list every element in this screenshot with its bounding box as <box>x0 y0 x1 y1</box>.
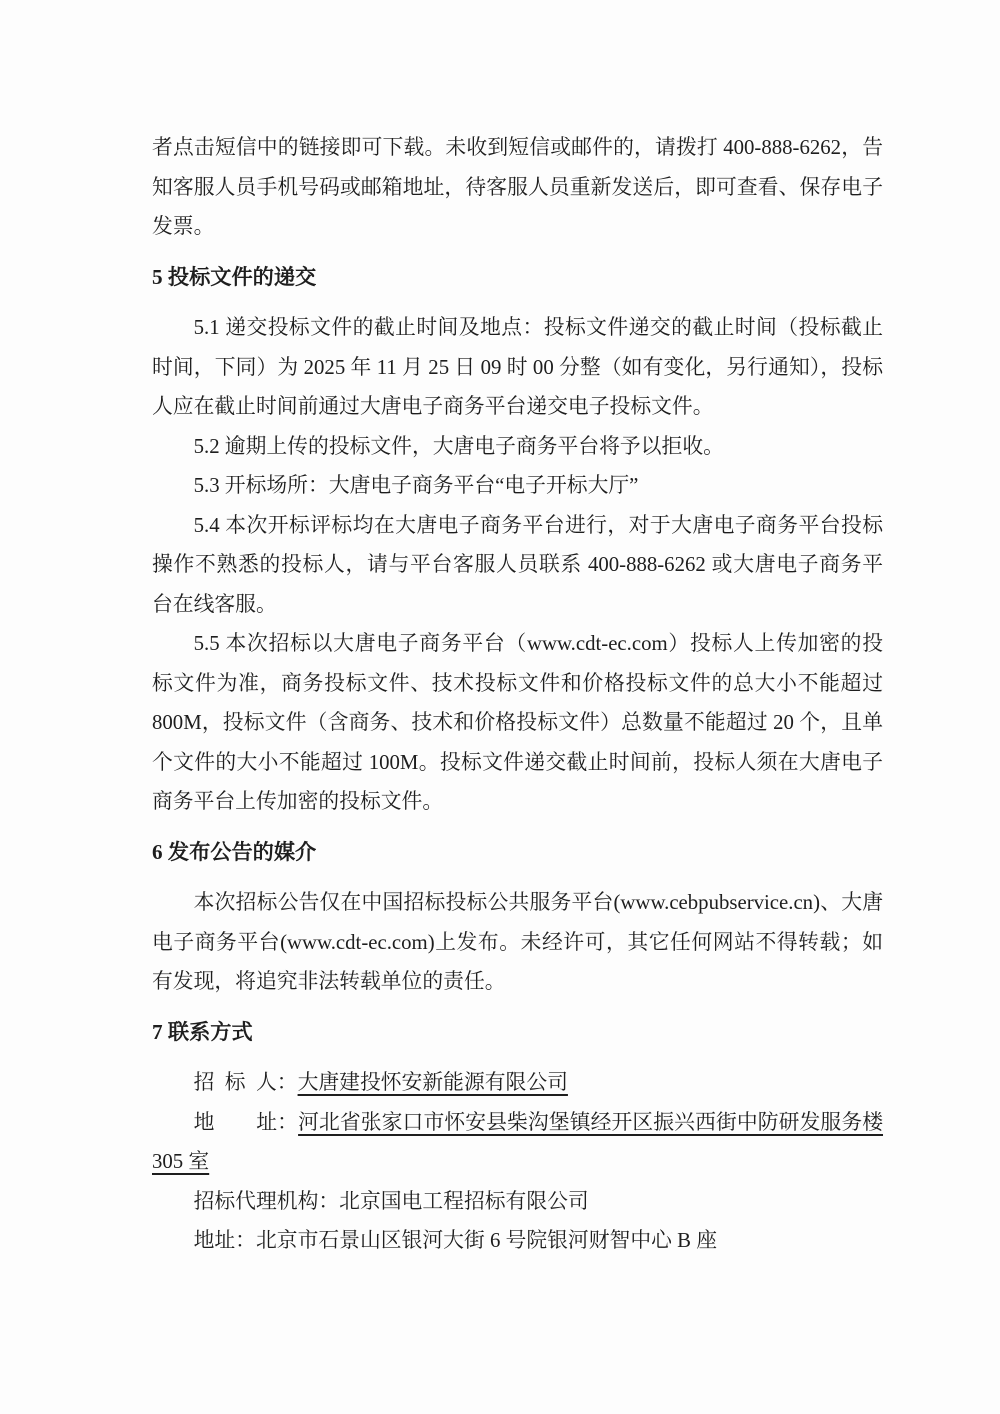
paragraph-5-1: 5.1 递交投标文件的截止时间及地点：投标文件递交的截止时间（投标截止时间，下同… <box>152 308 883 427</box>
paragraph-5-2: 5.2 逾期上传的投标文件，大唐电子商务平台将予以拒收。 <box>152 427 883 467</box>
section-6-paragraph: 本次招标公告仅在中国招标投标公共服务平台(www.cebpubservice.c… <box>152 883 883 1002</box>
section-5-heading: 5 投标文件的递交 <box>152 258 883 298</box>
contact-row-agency: 招标代理机构：北京国电工程招标有限公司 <box>152 1182 883 1222</box>
document-content: 者点击短信中的链接即可下载。未收到短信或邮件的，请拨打 400-888-6262… <box>152 128 883 1261</box>
contact-label-address: 地 址： <box>194 1111 298 1134</box>
contact-label-agency-address: 地址： <box>194 1229 256 1252</box>
contact-row-agency-address: 地址：北京市石景山区银河大街 6 号院银河财智中心 B 座 <box>152 1221 883 1261</box>
contact-value-agency: 北京国电工程招标有限公司 <box>339 1190 589 1213</box>
contact-label-agency: 招标代理机构： <box>194 1190 340 1213</box>
contact-value-tenderer: 大唐建投怀安新能源有限公司 <box>298 1071 568 1094</box>
contact-row-tenderer: 招 标 人：大唐建投怀安新能源有限公司 <box>152 1063 883 1103</box>
paragraph-5-3: 5.3 开标场所：大唐电子商务平台“电子开标大厅” <box>152 466 883 506</box>
paragraph-5-4: 5.4 本次开标评标均在大唐电子商务平台进行，对于大唐电子商务平台投标操作不熟悉… <box>152 506 883 625</box>
continuation-paragraph: 者点击短信中的链接即可下载。未收到短信或邮件的，请拨打 400-888-6262… <box>152 128 883 247</box>
contact-value-agency-address: 北京市石景山区银河大街 6 号院银河财智中心 B 座 <box>256 1229 717 1252</box>
section-7-heading: 7 联系方式 <box>152 1013 883 1053</box>
contact-label-tenderer: 招 标 人： <box>194 1071 298 1094</box>
contact-row-address: 地 址：河北省张家口市怀安县柴沟堡镇经开区振兴西街中防研发服务楼305 室 <box>152 1103 883 1182</box>
section-6-heading: 6 发布公告的媒介 <box>152 833 883 873</box>
paragraph-5-5: 5.5 本次招标以大唐电子商务平台（www.cdt-ec.com）投标人上传加密… <box>152 624 883 822</box>
document-page: 者点击短信中的链接即可下载。未收到短信或邮件的，请拨打 400-888-6262… <box>0 0 1000 1414</box>
